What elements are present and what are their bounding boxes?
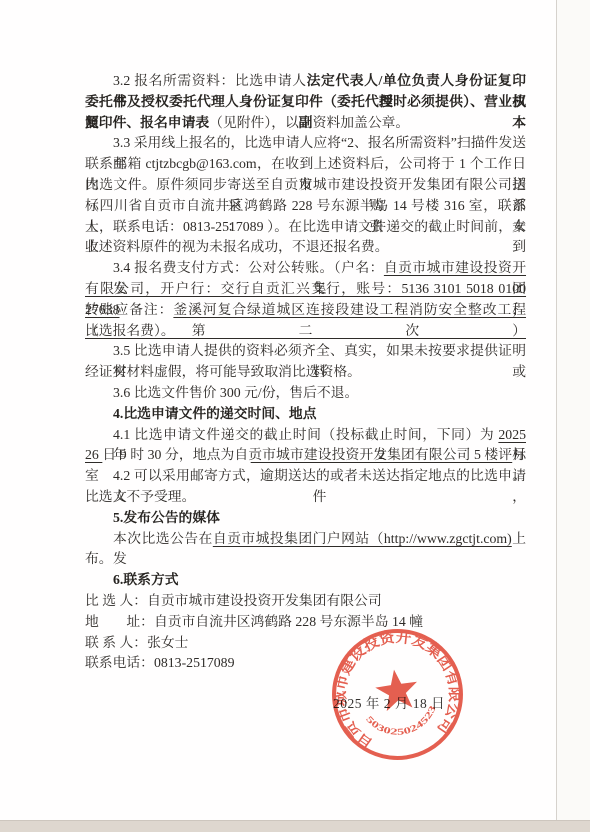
text-segment: 比 选 人：自贡市城市建设投资开发集团有限公司 <box>85 593 382 608</box>
text-line: 比 选 人：自贡市城市建设投资开发集团有限公司 <box>85 591 526 612</box>
text-line: 委托书及授权委托代理人身份证复印件（委托代理时必须提供）、营业执照副本 <box>85 92 526 113</box>
text-line: 26 日 9 时 30 分，地点为自贡市城市建设投资开发集团有限公司 5 楼评标… <box>85 445 526 466</box>
text-segment: 复印件、报名申请表 <box>85 115 209 130</box>
text-line: 3.5 比选申请人提供的资料必须齐全、真实，如果未按要求提供证明材料或 <box>85 341 526 362</box>
text-segment: 本次比选公告在 <box>113 531 213 546</box>
text-line: 布。 <box>85 549 526 570</box>
text-line: 4.1 比选申请文件递交的截止时间（投标截止时间，下同）为 2025 年 2 月 <box>85 425 526 446</box>
text-line: 6.联系方式 <box>85 570 526 591</box>
text-line: 有限公司，开户行：交行自贡汇兴支行，账号：5136 3101 5018 0100… <box>85 279 526 300</box>
text-segment: 联系电话：0813-2517089 <box>85 655 234 670</box>
text-segment: 联 系 人：张女士 <box>85 635 188 650</box>
text-line: 3.2 报名所需资料：比选申请人法定代表人/单位负责人身份证复印件、授权 <box>85 71 526 92</box>
official-seal: 自贡市城市建设投资开发集团有限公司 503025024523 <box>318 615 477 774</box>
text-line: 联系邮箱 ctjtzbcgb@163.com，在收到上述资料后，公司将于 1 个… <box>85 154 526 175</box>
text-segment: 交行自贡汇兴支行 <box>221 281 342 296</box>
scan-edge-right <box>556 0 590 832</box>
text-segment: 3.4 报名费支付方式：公对公转账。（户名： <box>113 260 384 275</box>
text-line: 5.发布公告的媒体 <box>85 508 526 529</box>
text-line: （四川省自贡市自流井区鸿鹤路 228 号东源半岛 14 号楼 316 室，联系人… <box>85 196 526 217</box>
text-line: 转账应备注：釜溪河复合绿道城区连接段建设工程消防安全整改工程（第二次） <box>85 300 526 321</box>
text-segment: 4.比选申请文件的递交时间、地点 <box>113 406 317 421</box>
text-segment: 3.2 报名所需资料：比选申请人 <box>113 73 307 88</box>
text-line: 4.2 可以采用邮寄方式，逾期送达的或者未送达指定地点的比选申请文件， <box>85 466 526 487</box>
text-line: 3.3 采用线上报名的，比选申请人应将“2、报名所需资料”扫描件发送至 <box>85 133 526 154</box>
text-segment: 自贡市城投集团门户网站（http://www.zgctjt.com) <box>213 531 512 546</box>
text-line: 4.比选申请文件的递交时间、地点 <box>85 404 526 425</box>
text-segment: 经证实材料虚假，将可能导致取消比选资格。 <box>85 364 361 379</box>
text-segment: 比选报名费 <box>85 323 154 338</box>
document-page: 3.2 报名所需资料：比选申请人法定代表人/单位负责人身份证复印件、授权委托书及… <box>0 0 556 820</box>
text-segment: 2025 <box>498 427 526 442</box>
text-segment: 5.发布公告的媒体 <box>113 510 220 525</box>
text-segment: 转账应备注： <box>85 302 173 317</box>
text-segment: 有限公司 <box>85 281 145 296</box>
text-segment: 3.6 比选文件售价 300 元/份，售后不退。 <box>113 385 358 400</box>
text-segment: ）。 <box>154 323 175 338</box>
text-segment: ，开户行： <box>145 281 220 296</box>
seal-star-icon <box>373 667 420 713</box>
text-segment: 上述资料原件的视为未报名成功，不退还报名费。 <box>85 239 389 254</box>
text-segment: 比选人不予受理。 <box>85 489 195 504</box>
scan-edge-bottom <box>0 820 590 832</box>
text-segment: 6.联系方式 <box>113 572 179 587</box>
text-line: 3.4 报名费支付方式：公对公转账。（户名：自贡市城市建设投资开发集团 <box>85 258 526 279</box>
document-text-body: 3.2 报名所需资料：比选申请人法定代表人/单位负责人身份证复印件、授权委托书及… <box>85 71 526 674</box>
text-segment: 布。 <box>85 551 113 566</box>
seal-serial-text: 503025024523 <box>363 702 441 742</box>
text-segment: ，账号： <box>341 281 401 296</box>
text-line: 比选文件。原件须同步寄送至自贡市城市建设投资开发集团有限公司招标采购部 <box>85 175 526 196</box>
text-segment: （见附件），以上资料加盖公章。 <box>209 115 409 130</box>
text-line: 3.6 比选文件售价 300 元/份，售后不退。 <box>85 383 526 404</box>
text-segment: 4.1 比选申请文件递交的截止时间（投标截止时间，下同）为 <box>113 427 498 442</box>
text-line: 本次比选公告在自贡市城投集团门户网站（http://www.zgctjt.com… <box>85 529 526 550</box>
text-segment: 26 <box>85 447 102 462</box>
text-line: 地 址：自贡市自流井区鸿鹤路 228 号东源半岛 14 幢 <box>85 612 526 633</box>
text-line: 士，联系电话：0813-2517089 ）。在比选申请文件递交的截止时间前，未收… <box>85 217 526 238</box>
